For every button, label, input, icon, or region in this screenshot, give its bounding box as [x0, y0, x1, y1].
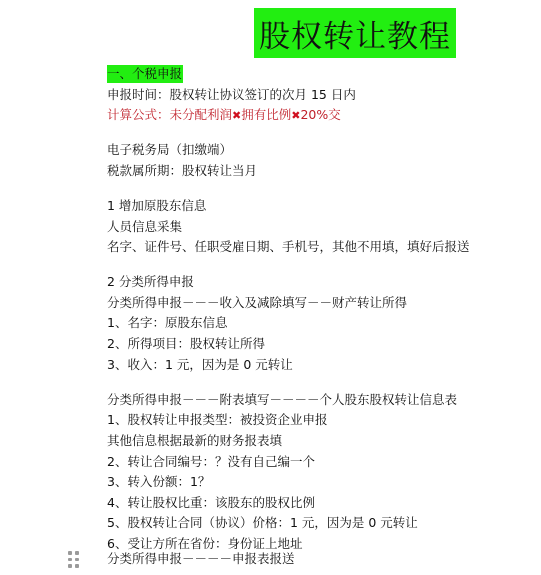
- attachment-item: 2、转让合同编号：？没有自己编一个: [107, 452, 527, 473]
- filing-time-line: 申报时间：股权转让协议签订的次月 15 日内: [107, 85, 527, 106]
- section-heading-personal-tax: 一、个税申报: [107, 64, 527, 85]
- step2-item: 2、所得项目：股权转让所得: [107, 334, 527, 355]
- attachment-item: 4、转让股权比重：该股东的股权比例: [107, 493, 527, 514]
- step2-line-1: 分类所得申报－－－收入及减除填写－－财产转让所得: [107, 293, 527, 314]
- step1-line-2: 名字、证件号、任职受雇日期、手机号，其他不用填，填好后报送: [107, 237, 527, 258]
- section-heading-text: 一、个税申报: [107, 65, 183, 83]
- drag-dot: [68, 551, 72, 555]
- attachment-item: 3、转入份额：1？: [107, 472, 527, 493]
- attachment-item: 1、股权转让申报类型：被投资企业申报: [107, 410, 527, 431]
- drag-dot: [75, 551, 79, 555]
- step2-heading: 2 分类所得申报: [107, 272, 527, 293]
- attachment-item: 5、股权转让合同（协议）价格：1 元，因为是 0 元转让: [107, 513, 527, 534]
- document-body: 一、个税申报 申报时间：股权转让协议签订的次月 15 日内 计算公式：未分配利润…: [107, 64, 527, 554]
- drag-handle-icon[interactable]: [68, 551, 78, 568]
- tax-period-line: 税款属所期：股权转让当月: [107, 161, 527, 182]
- blank-line: [107, 258, 527, 273]
- drag-dot: [75, 558, 79, 562]
- step1-heading: 1 增加原股东信息: [107, 196, 527, 217]
- blank-line: [107, 375, 527, 390]
- formula-line: 计算公式：未分配利润✖拥有比例✖20%交: [107, 105, 527, 126]
- blank-line: [107, 126, 527, 141]
- formula-part-3: 20%交: [300, 107, 340, 122]
- document-title: 股权转让教程: [259, 11, 451, 56]
- attachment-heading: 分类所得申报－－－附表填写－－－－个人股东股权转让信息表: [107, 390, 527, 411]
- drag-dot: [68, 558, 72, 562]
- tax-bureau-line: 电子税务局（扣缴端）: [107, 140, 527, 161]
- attachment-note: 其他信息根据最新的财务报表填: [107, 431, 527, 452]
- step1-line-1: 人员信息采集: [107, 217, 527, 238]
- title-highlight: 股权转让教程: [254, 8, 456, 58]
- formula-part-1: 计算公式：未分配利润: [107, 107, 232, 122]
- multiply-icon: ✖: [232, 109, 241, 122]
- step2-item: 3、收入：1 元，因为是 0 元转让: [107, 355, 527, 376]
- drag-dot: [75, 564, 79, 568]
- final-step-line: 分类所得申报－－－－申报表报送: [107, 549, 295, 569]
- step2-item: 1、名字：原股东信息: [107, 313, 527, 334]
- blank-line: [107, 181, 527, 196]
- formula-part-2: 拥有比例: [241, 107, 291, 122]
- drag-dot: [68, 564, 72, 568]
